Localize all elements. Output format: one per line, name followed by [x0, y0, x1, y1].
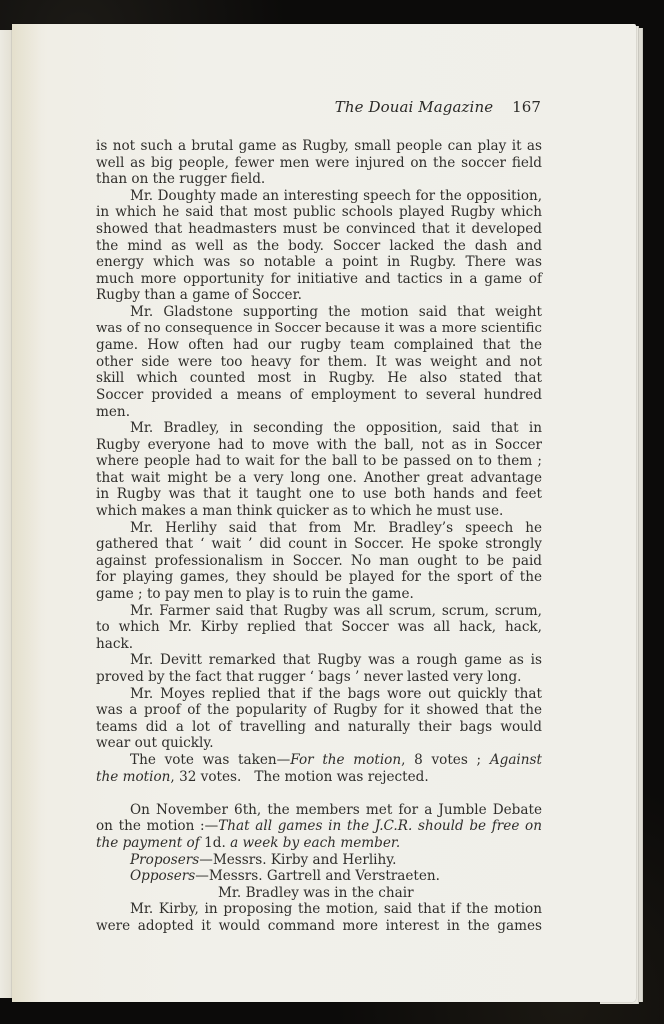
text-line: was of no consequence in Soccer because … [96, 321, 542, 338]
text-line: the payment of 1d. a week by each member… [96, 835, 542, 852]
against-motion-label: Against [490, 752, 542, 768]
proposers-label: Proposers [130, 852, 199, 868]
text-line: Mr. Herlihy said that from Mr. Bradley’s… [96, 520, 542, 537]
paragraph: Mr. Herlihy said that from Mr. Bradley’s… [96, 520, 542, 603]
text-line: Mr. Kirby, in proposing the motion, said… [96, 901, 542, 918]
text-line: game ; to pay men to play is to ruin the… [96, 586, 542, 603]
text-line: the mind as well as the body. Soccer lac… [96, 238, 542, 255]
text-line: were adopted it would command more inter… [96, 918, 542, 935]
chair-line: Mr. Bradley was in the chair [96, 885, 542, 902]
proposers-names: —Messrs. Kirby and Herlihy. [199, 852, 396, 868]
text-line: that wait might be a very long one. Anot… [96, 470, 542, 487]
text-line: gathered that ‘ wait ’ did count in Socc… [96, 536, 542, 553]
text-line: game. How often had our rugby team compl… [96, 337, 542, 354]
text-line: hack. [96, 636, 542, 653]
text-line: where people had to wait for the ball to… [96, 453, 542, 470]
text-line: Rugby everyone had to move with the ball… [96, 437, 542, 454]
text-line: well as big people, fewer men were injur… [96, 155, 542, 172]
opposers-line: Opposers—Messrs. Gartrell and Verstraete… [96, 868, 542, 885]
paragraph: Mr. Devitt remarked that Rugby was a rou… [96, 652, 542, 685]
text-line: other side were too heavy for them. It w… [96, 354, 542, 371]
text-line: against professionalism in Soccer. No ma… [96, 553, 542, 570]
text-line: Mr. Devitt remarked that Rugby was a rou… [96, 652, 542, 669]
text-line: which makes a man think quicker as to wh… [96, 503, 542, 520]
for-motion-label: For the motion [290, 752, 401, 768]
for-votes: , 8 votes ; [401, 752, 481, 768]
text-line: much more opportunity for initiative and… [96, 271, 542, 288]
text-line: Mr. Doughty made an interesting speech f… [96, 188, 542, 205]
text-line: Mr. Farmer said that Rugby was all scrum… [96, 603, 542, 620]
magazine-title: The Douai Magazine [335, 98, 493, 116]
text-line: Mr. Bradley, in seconding the opposition… [96, 420, 542, 437]
text-line: men. [96, 404, 542, 421]
paragraph: is not such a brutal game as Rugby, smal… [96, 138, 542, 188]
text-line: the motion, 32 votes. The motion was rej… [96, 769, 542, 786]
text-line: showed that headmasters must be convince… [96, 221, 542, 238]
paragraph: Mr. Farmer said that Rugby was all scrum… [96, 603, 542, 653]
page-number: 167 [512, 98, 541, 116]
text-line: Mr. Moyes replied that if the bags wore … [96, 686, 542, 703]
paragraph: Mr. Doughty made an interesting speech f… [96, 188, 542, 304]
motion-result: The motion was rejected. [241, 769, 428, 785]
text-line: for playing games, they should be played… [96, 569, 542, 586]
vote-result: The vote was taken—For the motion, 8 vot… [96, 752, 542, 785]
proposers-line: Proposers—Messrs. Kirby and Herlihy. [96, 852, 542, 869]
text-line: proved by the fact that rugger ‘ bags ’ … [96, 669, 542, 686]
motion-text: That all games in the J.C.R. should be f… [218, 818, 542, 834]
paragraph: Mr. Gladstone supporting the motion said… [96, 304, 542, 420]
text-line: Soccer provided a means of employment to… [96, 387, 542, 404]
text-line: Rugby than a game of Soccer. [96, 287, 542, 304]
jumble-debate-section: On November 6th, the members met for a J… [96, 802, 542, 935]
against-votes: , 32 votes. [170, 769, 241, 785]
paragraph: Mr. Bradley, in seconding the opposition… [96, 420, 542, 520]
section-gap [96, 785, 542, 802]
text-line: The vote was taken—For the motion, 8 vot… [96, 752, 542, 769]
running-head: The Douai Magazine 167 [335, 98, 541, 116]
motion-amount: 1d. [204, 835, 226, 851]
opposers-label: Opposers [130, 868, 195, 884]
text-line: wear out quickly. [96, 735, 542, 752]
text-line: teams did a lot of travelling and natura… [96, 719, 542, 736]
text-line: was a proof of the popularity of Rugby f… [96, 702, 542, 719]
text-line: is not such a brutal game as Rugby, smal… [96, 138, 542, 155]
text-line: to which Mr. Kirby replied that Soccer w… [96, 619, 542, 636]
text-line: in which he said that most public school… [96, 204, 542, 221]
text-line: Mr. Gladstone supporting the motion said… [96, 304, 542, 321]
text-line: on the motion :—That all games in the J.… [96, 818, 542, 835]
text-line: On November 6th, the members met for a J… [96, 802, 542, 819]
text-line: energy which was so notable a point in R… [96, 254, 542, 271]
text-line: than on the rugger field. [96, 171, 542, 188]
text-line: skill which counted most in Rugby. He al… [96, 370, 542, 387]
opposers-names: —Messrs. Gartrell and Verstraeten. [195, 868, 440, 884]
paragraph: Mr. Moyes replied that if the bags wore … [96, 686, 542, 752]
body-text: is not such a brutal game as Rugby, smal… [96, 138, 542, 935]
text-line: in Rugby was that it taught one to use b… [96, 486, 542, 503]
